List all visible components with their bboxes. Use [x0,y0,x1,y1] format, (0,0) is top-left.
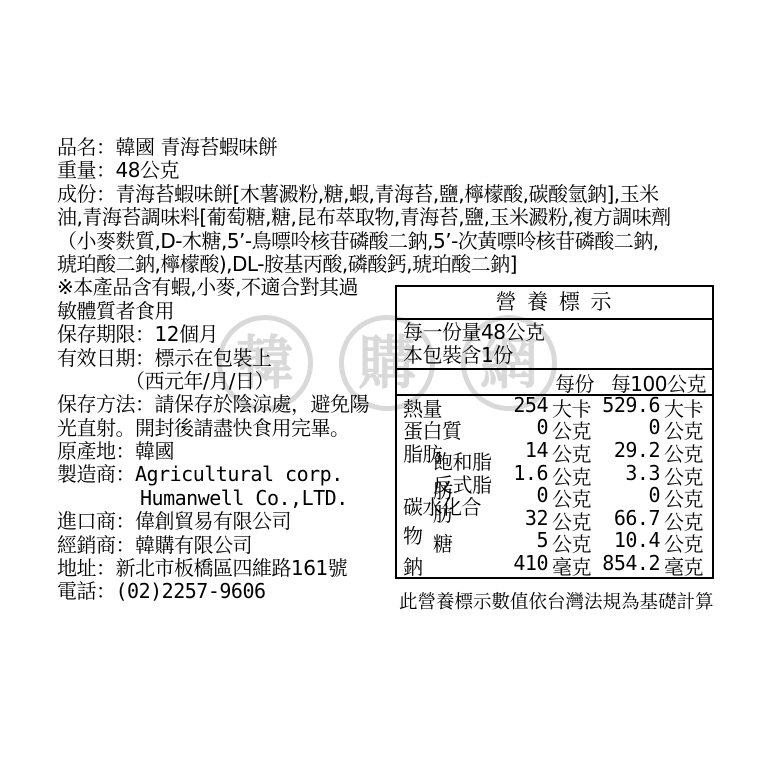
nutrition-table: 營 養 標 示 每一份量48公克 本包裝含1份 每份 每100公克 熱量 254… [395,285,714,579]
nutrition-table-title: 營 養 標 示 [397,287,712,320]
servings-per-pack-line: 本包裝含1份 [403,344,712,367]
nutrition-row-sodium: 鈉 410毫克 854.2毫克 [397,554,712,577]
per-100g-value: 854.2毫克 [594,551,706,580]
product-name-line: 品名：韓國 青海苔蝦味餅 [57,136,671,159]
nutrition-footnote: 此營養標示數值依台灣法規為基礎計算 [399,588,719,614]
weight-line: 重量：48公克 [57,159,671,182]
ingredients-line-1: 成份：青海苔蝦味餅[木薯澱粉,糖,蝦,青海苔,鹽,檸檬酸,碳酸氫鈉],玉米 [57,183,671,206]
nutrition-rows: 熱量 254大卡 529.6大卡 蛋白質 0公克 0公克 脂肪 14公克 29.… [397,396,712,577]
ingredients-line-2: 油,青海苔調味料[葡萄糖,糖,昆布萃取物,青海苔,鹽,玉米澱粉,複方調味劑 [57,206,671,229]
ingredients-line-4: 琥珀酸二鈉,檸檬酸),DL-胺基丙酸,磷酸鈣,琥珀酸二鈉] [57,253,671,276]
serving-info-section: 每一份量48公克 本包裝含1份 [397,320,712,370]
row-label: 鈉 [403,551,492,580]
serving-size-line: 每一份量48公克 [403,321,712,344]
ingredients-line-3: （小麥麩質,D-木糖,5’-鳥嘌呤核苷磷酸二鈉,5’-次黃嘌呤核苷磷酸二鈉, [57,230,671,253]
per-serving-value: 410毫克 [492,551,594,580]
